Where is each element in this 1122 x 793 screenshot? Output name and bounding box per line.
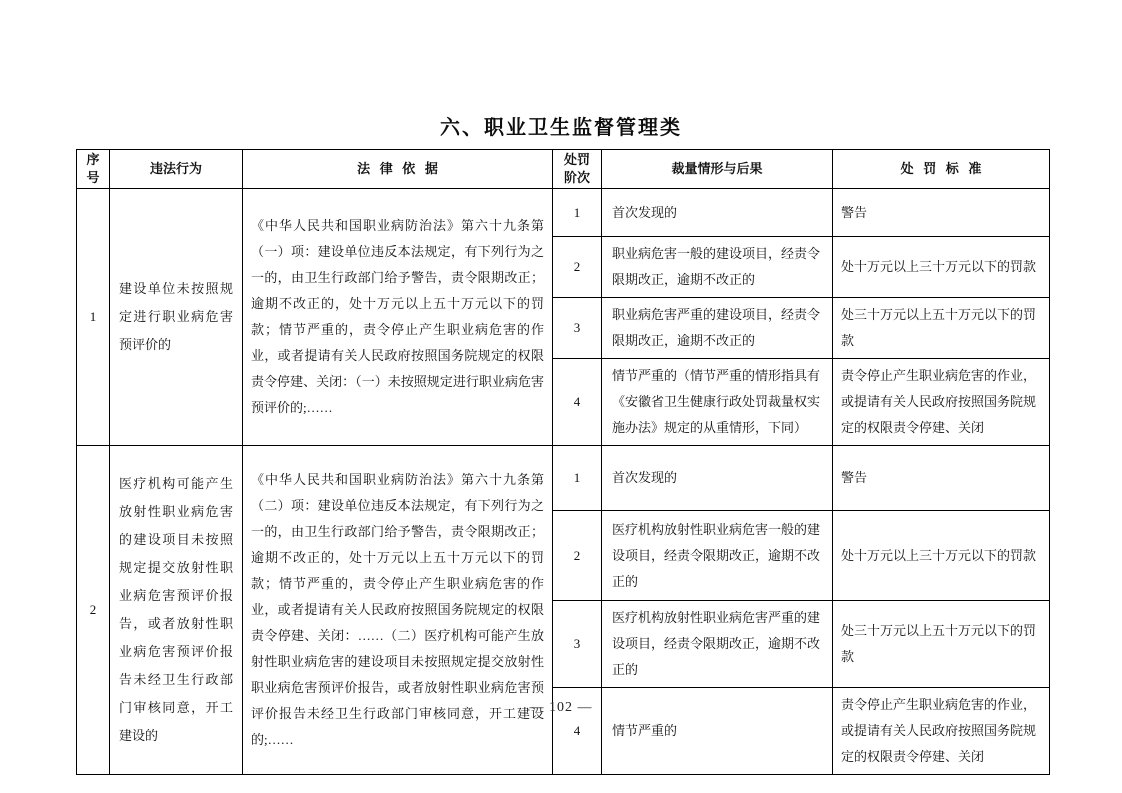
penalty-standard-cell: 责令停止产生职业病危害的作业，或提请有关人民政府按照国务院规定的权限责令停建、关… [833, 359, 1050, 446]
table-row: 1 建设单位未按照规定进行职业病危害预评价的 《中华人民共和国职业病防治法》第六… [77, 189, 1050, 237]
tier-situation-cell: 首次发现的 [602, 446, 833, 511]
col-header-legal-basis: 法 律 依 据 [243, 150, 553, 189]
penalty-standard-cell: 警告 [833, 189, 1050, 237]
seq-cell: 2 [77, 446, 110, 775]
penalty-standard-cell: 处十万元以上三十万元以下的罚款 [833, 237, 1050, 298]
tier-situation-cell: 情节严重的（情节严重的情形指具有《安徽省卫生健康行政处罚裁量权实施办法》规定的从… [602, 359, 833, 446]
col-header-situation: 裁量情形与后果 [602, 150, 833, 189]
tier-level-cell: 3 [553, 601, 602, 688]
penalty-standard-cell: 处三十万元以上五十万元以下的罚款 [833, 601, 1050, 688]
table-row: 2 医疗机构可能产生放射性职业病危害的建设项目未按照规定提交放射性职业病危害预评… [77, 446, 1050, 511]
col-header-tier: 处罚 阶次 [553, 150, 602, 189]
tier-level-cell: 3 [553, 298, 602, 359]
tier-level-cell: 4 [553, 359, 602, 446]
penalty-standard-cell: 处十万元以上三十万元以下的罚款 [833, 511, 1050, 601]
penalty-table: 序 号 违法行为 法 律 依 据 处罚 阶次 裁量情形与后果 处 罚 标 准 1… [76, 149, 1050, 775]
tier-level-cell: 2 [553, 511, 602, 601]
violation-cell: 医疗机构可能产生放射性职业病危害的建设项目未按照规定提交放射性职业病危害预评价报… [110, 446, 243, 775]
legal-basis-cell: 《中华人民共和国职业病防治法》第六十九条第（一）项：建设单位违反本法规定，有下列… [243, 189, 553, 446]
penalty-standard-cell: 处三十万元以上五十万元以下的罚款 [833, 298, 1050, 359]
page-title: 六、职业卫生监督管理类 [0, 111, 1122, 140]
tier-situation-cell: 医疗机构放射性职业病危害严重的建设项目，经责令限期改正，逾期不改正的 [602, 601, 833, 688]
tier-situation-cell: 职业病危害一般的建设项目，经责令限期改正，逾期不改正的 [602, 237, 833, 298]
col-header-violation: 违法行为 [110, 150, 243, 189]
page-number: — 102 — [0, 700, 1122, 716]
violation-cell: 建设单位未按照规定进行职业病危害预评价的 [110, 189, 243, 446]
legal-basis-cell: 《中华人民共和国职业病防治法》第六十九条第（二）项：建设单位违反本法规定，有下列… [243, 446, 553, 775]
document-page: 六、职业卫生监督管理类 序 号 违法行为 法 律 依 据 处罚 阶次 裁量情形与… [0, 0, 1122, 793]
tier-level-cell: 1 [553, 189, 602, 237]
penalty-standard-cell: 警告 [833, 446, 1050, 511]
tier-level-cell: 1 [553, 446, 602, 511]
tier-situation-cell: 医疗机构放射性职业病危害一般的建设项目，经责令限期改正，逾期不改正的 [602, 511, 833, 601]
col-header-seq: 序 号 [77, 150, 110, 189]
tier-situation-cell: 首次发现的 [602, 189, 833, 237]
tier-level-cell: 2 [553, 237, 602, 298]
tier-situation-cell: 职业病危害严重的建设项目，经责令限期改正，逾期不改正的 [602, 298, 833, 359]
seq-cell: 1 [77, 189, 110, 446]
col-header-standard: 处 罚 标 准 [833, 150, 1050, 189]
table-header-row: 序 号 违法行为 法 律 依 据 处罚 阶次 裁量情形与后果 处 罚 标 准 [77, 150, 1050, 189]
